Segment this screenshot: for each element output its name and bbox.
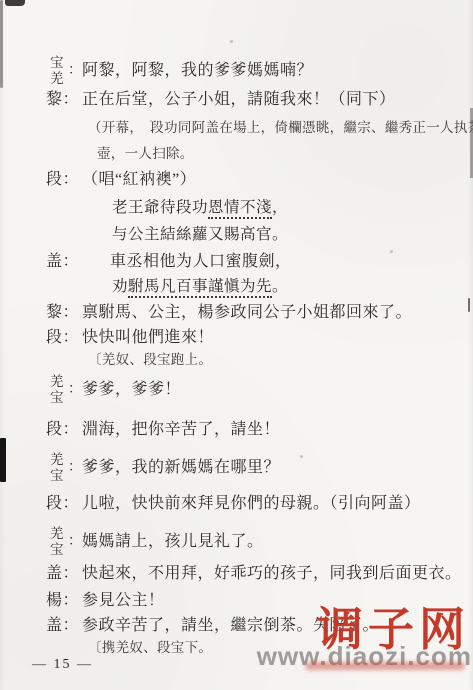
speech-text: 儿啦，快快前來拜見你們的母親。（引向阿盖） bbox=[82, 494, 421, 513]
verse-text: 老王爺待段功 bbox=[112, 199, 208, 216]
speaker-label: 黎： bbox=[46, 303, 82, 322]
verse-text: 劝 bbox=[112, 278, 128, 295]
verse-emphasized-text: 恩情不淺 bbox=[208, 199, 272, 219]
verse-line: 劝駙馬凡百事謹愼为先。 bbox=[112, 278, 288, 297]
verse-text: 。 bbox=[272, 278, 288, 295]
speaker-bottom: 宝 bbox=[50, 390, 68, 406]
speaker-colon: ： bbox=[68, 63, 80, 80]
dialogue-line: 盖：車丞相他为人口蜜腹劍， bbox=[46, 252, 292, 271]
speech-text: 参見公主！ bbox=[82, 591, 165, 610]
speaker-colon: ： bbox=[68, 460, 80, 477]
stage-text: 〔羌奴、段宝跑上。 bbox=[88, 352, 212, 367]
speaker-label: 盖： bbox=[46, 252, 82, 271]
dialogue-line: 段：儿啦，快快前來拜見你們的母親。（引向阿盖） bbox=[46, 494, 421, 513]
dialogue-line: 段：快快叫他們進來！ bbox=[46, 328, 214, 347]
speaker-label: 段： bbox=[46, 170, 82, 189]
speaker-label: 段： bbox=[46, 494, 82, 513]
speaker-colon: ： bbox=[68, 382, 80, 399]
scan-speckle bbox=[300, 455, 303, 458]
speaker-label: 段： bbox=[46, 328, 82, 347]
stage-direction: 壺，一人扫除。 bbox=[97, 146, 194, 162]
dialogue-line: 楊：参見公主！ bbox=[46, 591, 165, 610]
speaker-label-stacked: 羌 宝 bbox=[50, 526, 68, 558]
speaker-label-stacked: 羌 宝 bbox=[50, 374, 68, 406]
scan-artifact-left-bar bbox=[0, 438, 6, 482]
dialogue-line: 段：（唱“紅衲襖”） bbox=[46, 170, 196, 189]
speaker-colon: ： bbox=[68, 534, 80, 551]
speaker-label-stacked: 宝 羌 bbox=[50, 55, 68, 87]
speaker-label: 段： bbox=[46, 420, 82, 439]
speech-text: 爹爹，我的新媽媽在哪里？ bbox=[82, 458, 280, 477]
speaker-label: 盖： bbox=[46, 616, 82, 635]
dialogue-line: 盖：快起來，不用拜，好乖巧的孩子，同我到后面更衣。 bbox=[46, 564, 462, 583]
speaker-label: 楊： bbox=[46, 591, 82, 610]
stage-direction: 〔羌奴、段宝跑上。 bbox=[88, 352, 212, 368]
speaker-label-stacked: 羌 宝 bbox=[50, 452, 68, 484]
dialogue-line: 黎：禀駙馬、公主，楊参政同公子小姐都回來了。 bbox=[46, 303, 412, 322]
stage-text: （开幕， 段功同阿盖在場上，倚欄憑眺，繼宗、繼秀正一人执茶 bbox=[88, 120, 473, 135]
scan-artifact-left-edge bbox=[0, 0, 3, 88]
speaker-top: 羌 bbox=[50, 374, 68, 390]
speech-text: 正在后堂，公子小姐，請随我來！（同下） bbox=[82, 90, 396, 109]
verse-text: 与公主結絲蘿又賜高官。 bbox=[112, 226, 288, 243]
speaker-bottom: 羌 bbox=[50, 71, 68, 87]
speech-text: 媽媽請上，孩儿見礼了。 bbox=[82, 532, 264, 551]
dialogue-line: 羌 宝 ： 爹爹，我的新媽媽在哪里？ bbox=[50, 449, 280, 487]
speech-text: （唱“紅衲襖”） bbox=[82, 170, 196, 189]
stage-text: 壺，一人扫除。 bbox=[97, 146, 194, 161]
verse-text: ， bbox=[272, 199, 288, 216]
speech-text: 車丞相他为人口蜜腹劍， bbox=[110, 252, 292, 271]
speaker-bottom: 宝 bbox=[50, 542, 68, 558]
verse-emphasized-text: 駙馬凡百事謹愼为先 bbox=[128, 278, 272, 298]
speaker-top: 羌 bbox=[50, 526, 68, 542]
stage-direction: 〔携羌奴、段宝下。 bbox=[88, 640, 212, 656]
speaker-top: 羌 bbox=[50, 452, 68, 468]
speech-text: 禀駙馬、公主，楊参政同公子小姐都回來了。 bbox=[82, 303, 412, 322]
scan-artifact-corner-blob bbox=[5, 0, 25, 6]
speaker-bottom: 宝 bbox=[50, 468, 68, 484]
page-number: — 15 — bbox=[32, 657, 93, 673]
dialogue-line: 宝 羌 ： 阿黎，阿黎，我的爹爹媽媽喃？ bbox=[50, 52, 313, 90]
speaker-top: 宝 bbox=[50, 55, 68, 71]
stage-direction: （开幕， 段功同阿盖在場上，倚欄憑眺，繼宗、繼秀正一人执茶 bbox=[88, 120, 473, 136]
verse-line: 与公主結絲蘿又賜高官。 bbox=[112, 226, 288, 245]
dialogue-line: 段：淵海，把你辛苦了，請坐！ bbox=[46, 420, 280, 439]
stage-text: 〔携羌奴、段宝下。 bbox=[88, 640, 212, 655]
verse-line: 老王爺待段功恩情不淺， bbox=[112, 199, 288, 218]
scan-artifact-right-mark bbox=[468, 298, 470, 312]
scanned-script-page: 宝 羌 ： 阿黎，阿黎，我的爹爹媽媽喃？ 黎：正在后堂，公子小姐，請随我來！（同… bbox=[0, 0, 473, 690]
dialogue-line: 黎：正在后堂，公子小姐，請随我來！（同下） bbox=[46, 90, 396, 109]
speech-text: 淵海，把你辛苦了，請坐！ bbox=[82, 420, 280, 439]
watermark-site-url: www.diaozi.com bbox=[257, 641, 472, 672]
speech-text: 快快叫他們進來！ bbox=[82, 328, 214, 347]
dialogue-line: 羌 宝 ： 媽媽請上，孩儿見礼了。 bbox=[50, 523, 264, 561]
speaker-label: 盖： bbox=[46, 564, 82, 583]
scan-speckle bbox=[390, 250, 393, 253]
scan-speckle bbox=[230, 40, 233, 43]
speech-text: 快起來，不用拜，好乖巧的孩子，同我到后面更衣。 bbox=[82, 564, 462, 583]
speech-text: 爹爹，爹爹！ bbox=[82, 380, 181, 399]
dialogue-line: 羌 宝 ： 爹爹，爹爹！ bbox=[50, 371, 181, 409]
speaker-label: 黎： bbox=[46, 90, 82, 109]
speech-text: 阿黎，阿黎，我的爹爹媽媽喃？ bbox=[82, 61, 313, 80]
